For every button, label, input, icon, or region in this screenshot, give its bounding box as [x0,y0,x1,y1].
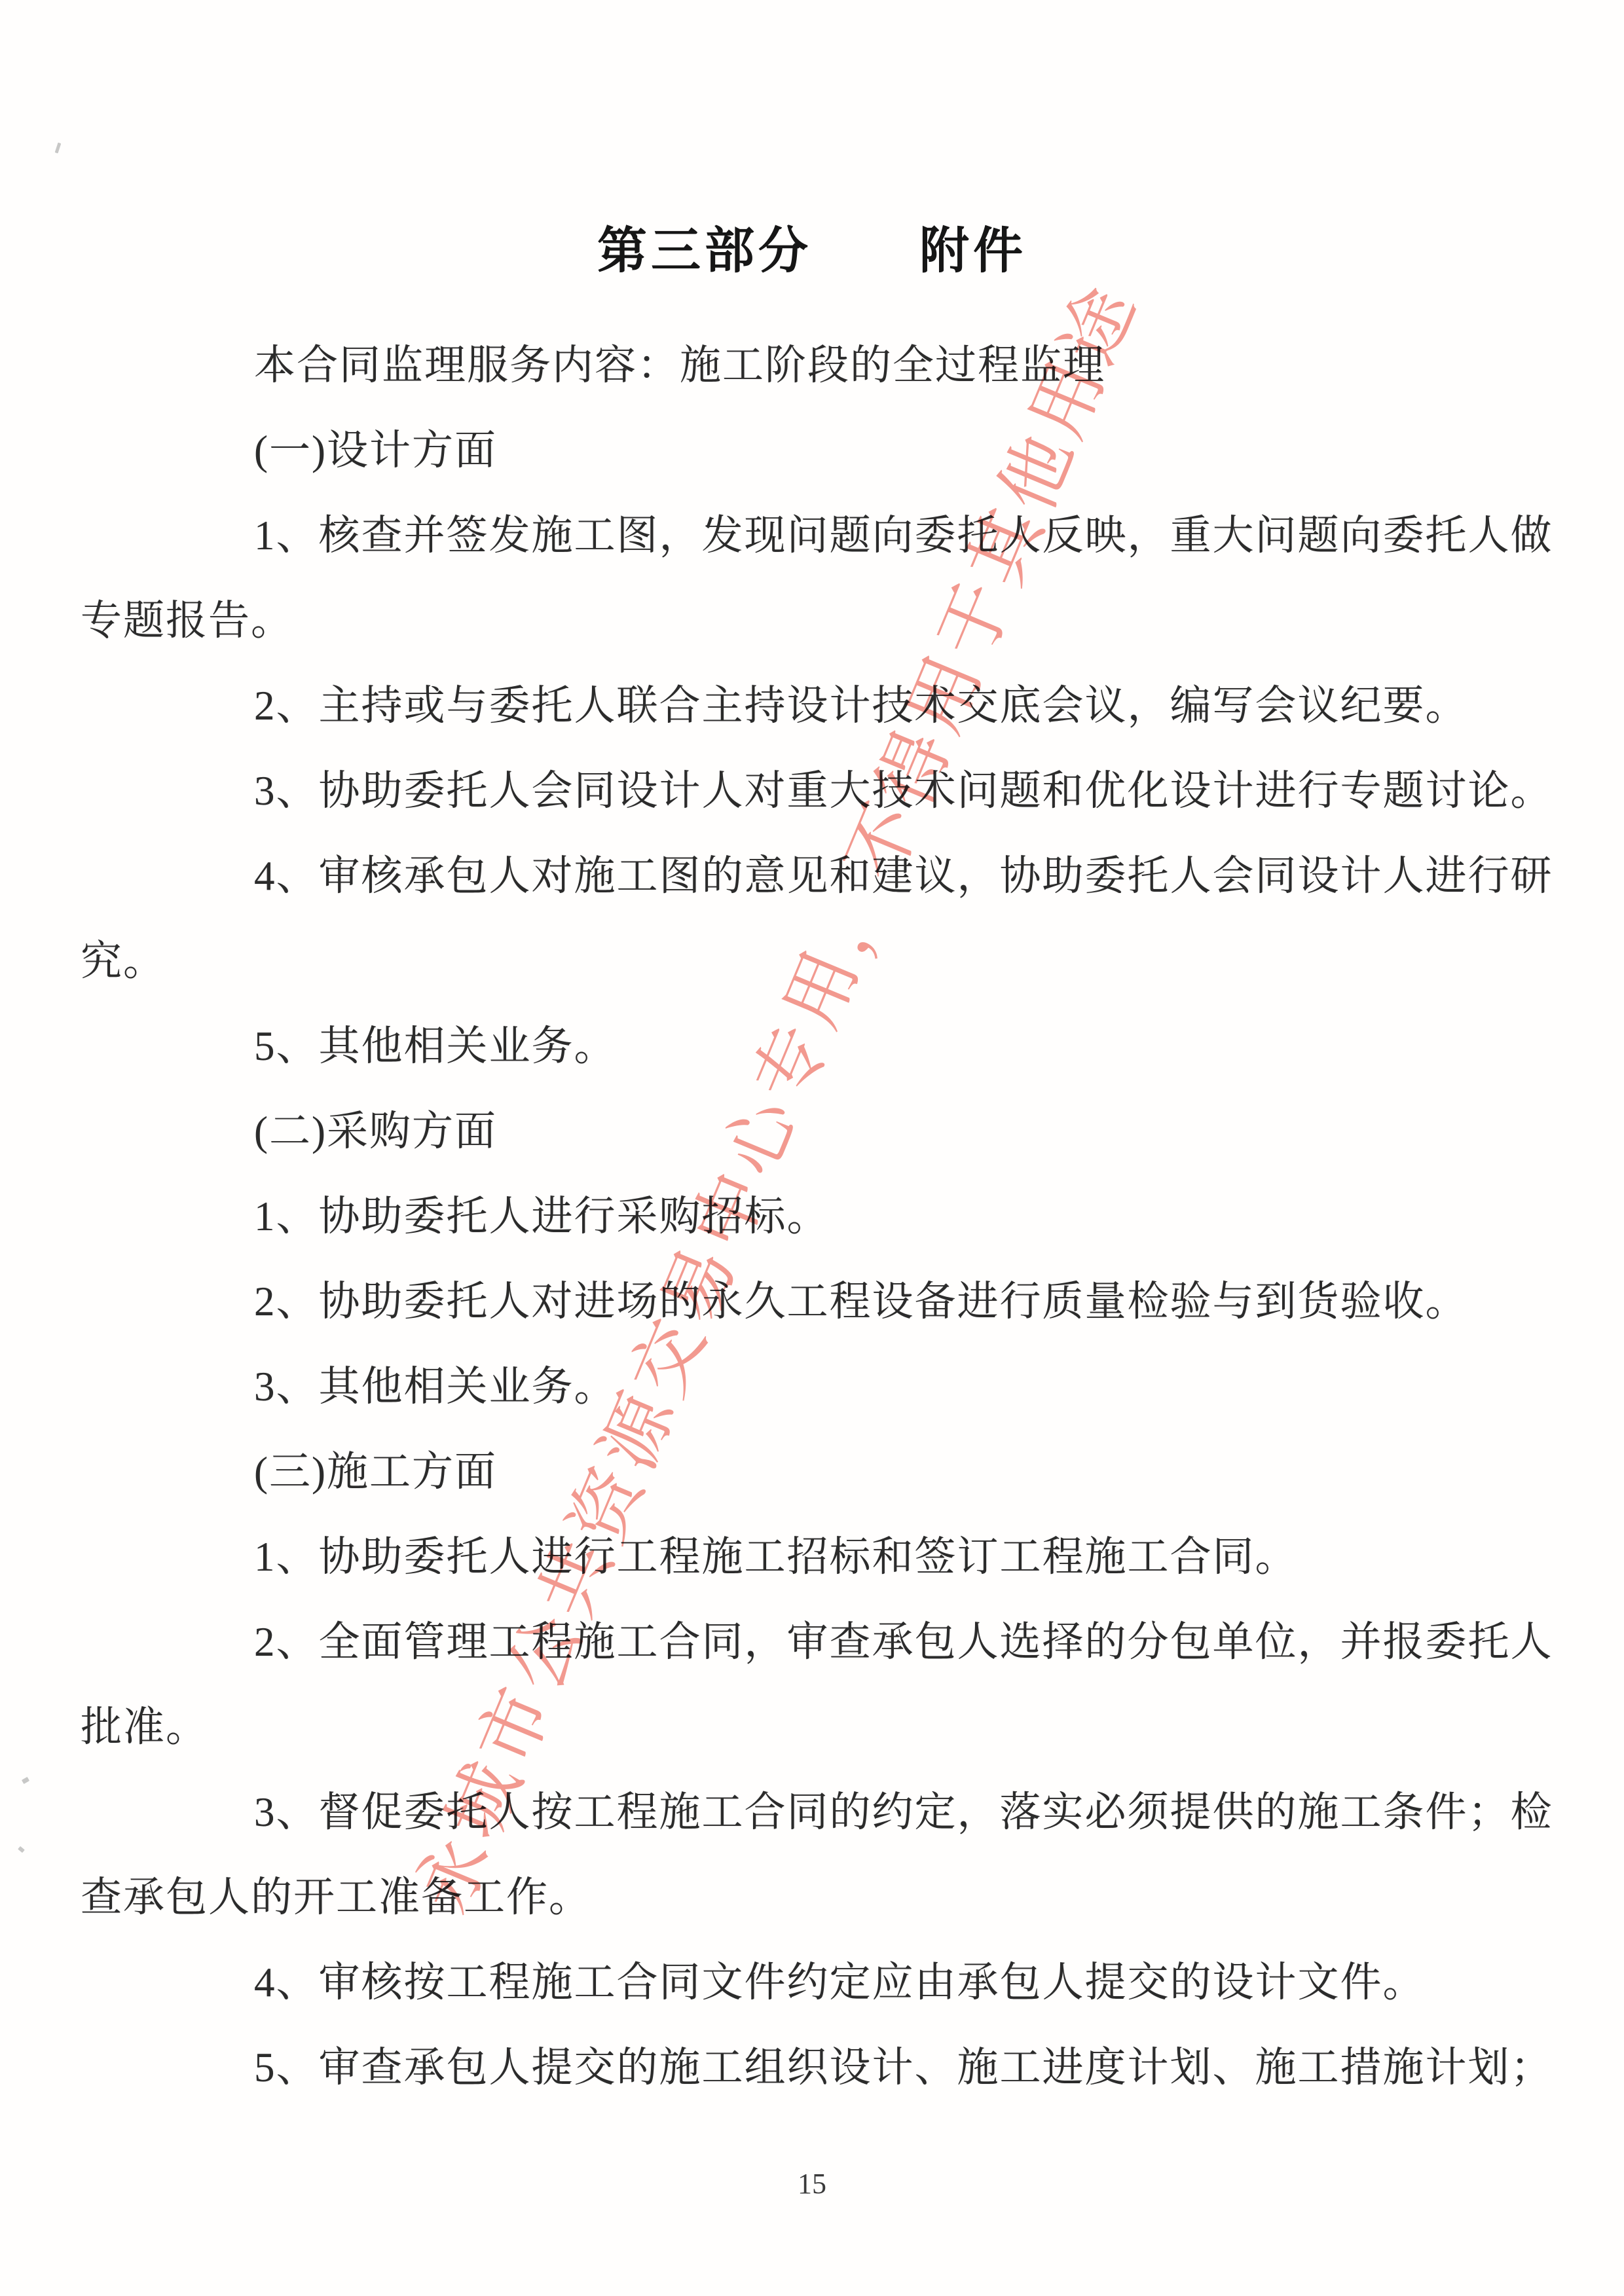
text-line: 批准。 [81,1697,208,1757]
page-title: 第三部分 附件 [0,215,1624,288]
text-line: 2、全面管理工程施工合同，审查承包人选择的分包单位，并报委托人 [254,1612,1547,1672]
text-line: 2、主持或与委托人联合主持设计技术交底会议，编写会议纪要。 [254,676,1468,736]
text-line: (二)采购方面 [254,1101,497,1161]
text-line: 1、协助委托人进行工程施工招标和签订工程施工合同。 [254,1527,1298,1587]
text-line: 3、协助委托人会同设计人对重大技术问题和优化设计进行专题讨论。 [254,761,1553,821]
text-line: 3、其他相关业务。 [254,1357,617,1417]
text-line: 究。 [81,931,166,991]
scan-artifact [18,1846,25,1853]
text-line: 1、协助委托人进行采购招标。 [254,1186,830,1247]
text-line: 2、协助委托人对进场的永久工程设备进行质量检验与到货验收。 [254,1271,1468,1332]
text-line: 5、审查承包人提交的施工组织设计、施工进度计划、施工措施计划； [254,2037,1553,2098]
page-number: 15 [0,2167,1624,2200]
text-line: 1、核查并签发施工图，发现问题向委托人反映，重大问题向委托人做 [254,505,1547,566]
text-line: 本合同监理服务内容：施工阶段的全过程监理 [254,335,1105,395]
scan-artifact [22,1777,29,1784]
text-line: 3、督促委托人按工程施工合同的约定，落实必须提供的施工条件；检 [254,1782,1547,1842]
text-line: (三)施工方面 [254,1442,497,1502]
text-line: 查承包人的开工准备工作。 [81,1867,591,1927]
text-line: 4、审核承包人对施工图的意见和建议，协助委托人会同设计人进行研 [254,846,1547,906]
text-line: 4、审核按工程施工合同文件约定应由承包人提交的设计文件。 [254,1952,1426,2013]
text-line: (一)设计方面 [254,420,497,481]
text-line: 5、其他相关业务。 [254,1016,617,1076]
scan-artifact [55,143,62,154]
document-page: 第三部分 附件 本合同监理服务内容：施工阶段的全过程监理(一)设计方面1、核查并… [0,0,1624,2296]
text-line: 专题报告。 [81,591,293,651]
